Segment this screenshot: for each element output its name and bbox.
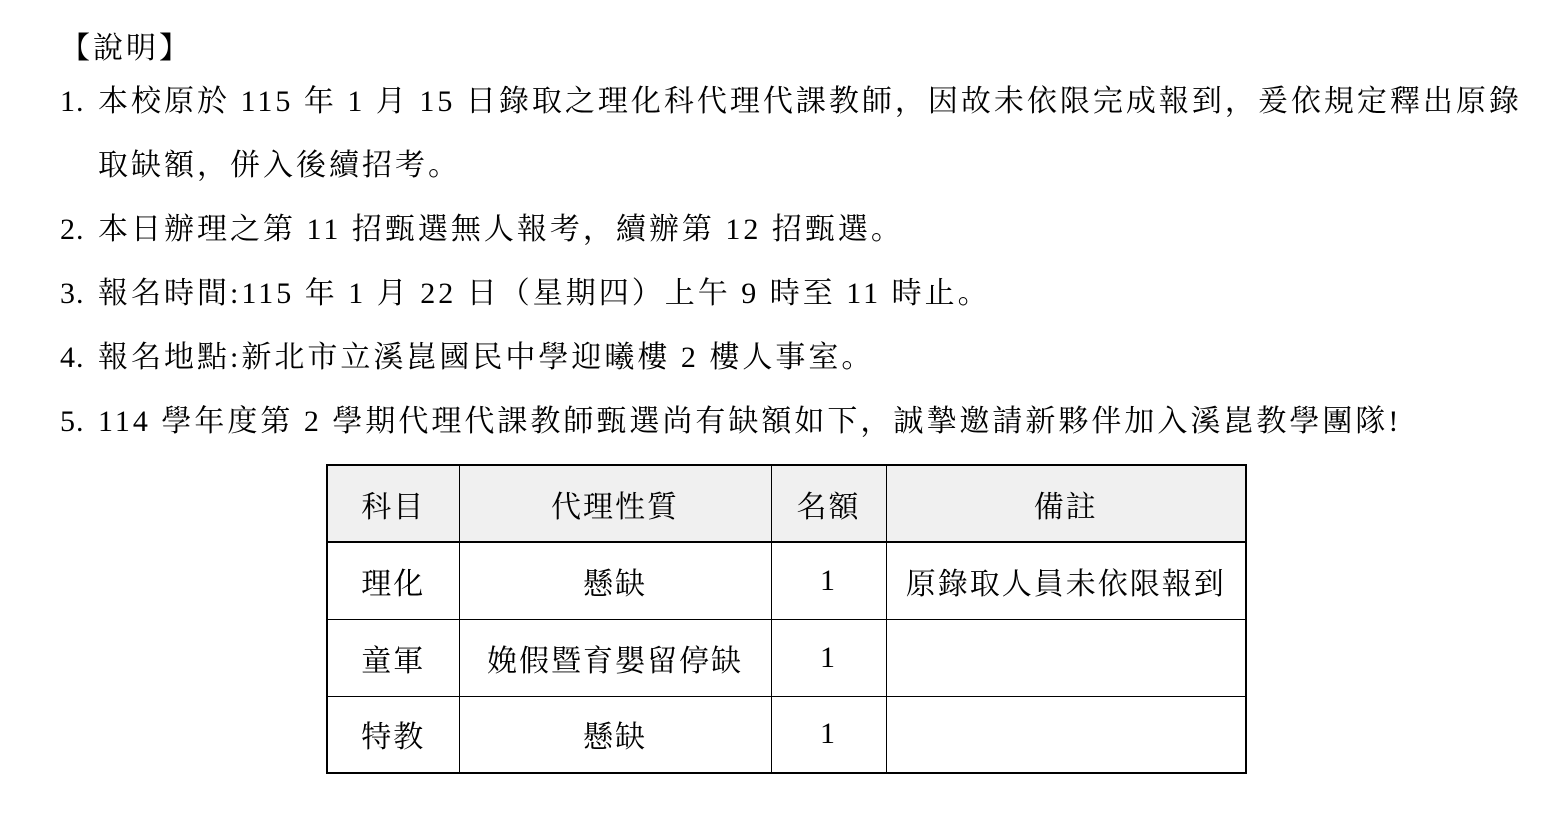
cell-note: 原錄取人員未依限報到 bbox=[886, 542, 1246, 619]
list-item-1: 1. 本校原於 115 年 1 月 15 日錄取之理化科代理代課教師，因故未依限… bbox=[60, 70, 1523, 198]
list-item-5-number: 5. bbox=[60, 390, 98, 454]
table-row: 童軍 娩假暨育嬰留停缺 1 bbox=[327, 619, 1246, 696]
section-heading: 【說明】 bbox=[60, 30, 1523, 68]
cell-subject: 童軍 bbox=[327, 619, 459, 696]
cell-quota: 1 bbox=[771, 696, 886, 773]
table-row: 理化 懸缺 1 原錄取人員未依限報到 bbox=[327, 542, 1246, 619]
table-header-row: 科目 代理性質 名額 備註 bbox=[327, 465, 1246, 542]
list-item-3: 3. 報名時間:115 年 1 月 22 日（星期四）上午 9 時至 11 時止… bbox=[60, 262, 1523, 326]
list-item-1-line-1: 本校原於 115 年 1 月 15 日錄取之理化科代理代課教師，因故未依限完成報… bbox=[98, 70, 1523, 134]
list-item-5-line-1: 114 學年度第 2 學期代理代課教師甄選尚有缺額如下，誠摯邀請新夥伴加入溪崑教… bbox=[98, 390, 1523, 454]
cell-note bbox=[886, 619, 1246, 696]
list-item-1-line-2: 取缺額，併入後續招考。 bbox=[98, 134, 1523, 198]
list-item-2-text: 本日辦理之第 11 招甄選無人報考，續辦第 12 招甄選。 bbox=[98, 198, 1523, 262]
col-header-subject: 科目 bbox=[327, 465, 459, 542]
list-item-3-line-1: 報名時間:115 年 1 月 22 日（星期四）上午 9 時至 11 時止。 bbox=[98, 262, 1523, 326]
cell-subject: 理化 bbox=[327, 542, 459, 619]
cell-nature: 懸缺 bbox=[459, 696, 771, 773]
list-item-4-line-1: 報名地點:新北市立溪崑國民中學迎曦樓 2 樓人事室。 bbox=[98, 326, 1523, 390]
cell-subject: 特教 bbox=[327, 696, 459, 773]
col-header-note: 備註 bbox=[886, 465, 1246, 542]
vacancy-table: 科目 代理性質 名額 備註 理化 懸缺 1 原錄取人員未依限報到 童軍 娩假暨育… bbox=[326, 464, 1247, 774]
list-item-2-number: 2. bbox=[60, 198, 98, 262]
cell-quota: 1 bbox=[771, 619, 886, 696]
list-item-4-number: 4. bbox=[60, 326, 98, 390]
col-header-quota: 名額 bbox=[771, 465, 886, 542]
list-item-1-text: 本校原於 115 年 1 月 15 日錄取之理化科代理代課教師，因故未依限完成報… bbox=[98, 70, 1523, 198]
list-item-4: 4. 報名地點:新北市立溪崑國民中學迎曦樓 2 樓人事室。 bbox=[60, 326, 1523, 390]
list-item-5: 5. 114 學年度第 2 學期代理代課教師甄選尚有缺額如下，誠摯邀請新夥伴加入… bbox=[60, 390, 1523, 454]
list-item-3-text: 報名時間:115 年 1 月 22 日（星期四）上午 9 時至 11 時止。 bbox=[98, 262, 1523, 326]
document-page: 【說明】 1. 本校原於 115 年 1 月 15 日錄取之理化科代理代課教師，… bbox=[0, 0, 1543, 813]
list-item-4-text: 報名地點:新北市立溪崑國民中學迎曦樓 2 樓人事室。 bbox=[98, 326, 1523, 390]
cell-nature: 懸缺 bbox=[459, 542, 771, 619]
list-item-3-number: 3. bbox=[60, 262, 98, 326]
list-item-1-number: 1. bbox=[60, 70, 98, 134]
cell-nature: 娩假暨育嬰留停缺 bbox=[459, 619, 771, 696]
list-item-5-text: 114 學年度第 2 學期代理代課教師甄選尚有缺額如下，誠摯邀請新夥伴加入溪崑教… bbox=[98, 390, 1523, 454]
col-header-nature: 代理性質 bbox=[459, 465, 771, 542]
cell-quota: 1 bbox=[771, 542, 886, 619]
table-row: 特教 懸缺 1 bbox=[327, 696, 1246, 773]
list-item-2: 2. 本日辦理之第 11 招甄選無人報考，續辦第 12 招甄選。 bbox=[60, 198, 1523, 262]
cell-note bbox=[886, 696, 1246, 773]
list-item-2-line-1: 本日辦理之第 11 招甄選無人報考，續辦第 12 招甄選。 bbox=[98, 198, 1523, 262]
